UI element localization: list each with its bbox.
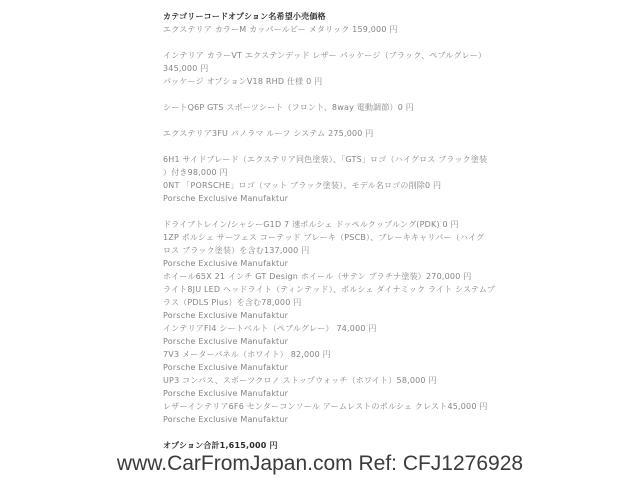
option-line: インテリア カラーVT エクステンデッド レザー パッケージ（ブラック、ペブルグ… bbox=[163, 49, 493, 62]
option-line: 1ZP ポルシェ サーフェス コーテッド ブレーキ（PSCB）、ブレーキキャリパ… bbox=[163, 231, 493, 244]
manufaktur-label: Porsche Exclusive Manufaktur bbox=[163, 309, 493, 322]
option-line: ホイール65X 21 インチ GT Design ホイール（サテン プラチナ塗装… bbox=[163, 270, 493, 283]
option-line-exterior-color: エクステリア カラーM カッパールビー メタリック 159,000 円 bbox=[163, 23, 493, 36]
option-group-roof: エクステリア3FU パノラマ ルーフ システム 275,000 円 bbox=[163, 127, 493, 140]
option-line: レザーインテリア6F6 センターコンソール アームレストのポルシェ クレスト45… bbox=[163, 400, 493, 413]
option-group-seats: シートQ6P GTS スポーツシート（フロント、8way 電動調節）0 円 bbox=[163, 101, 493, 114]
options-total-group: オプション合計1,615,000 円 bbox=[163, 439, 493, 452]
option-group-exterior-logos: 6H1 サイドブレード（エクステリア同色塗装）、「GTS」ロゴ（ハイグロス ブラ… bbox=[163, 153, 493, 205]
option-line-wrap: ロス ブラック塗装）を含む137,000 円 bbox=[163, 244, 493, 257]
carfromjapan-watermark: www.CarFromJapan.com Ref: CFJ1276928 bbox=[0, 452, 640, 476]
option-line: インテリアFI4 シートベルト（ペブルグレー） 74,000 円 bbox=[163, 322, 493, 335]
manufaktur-label: Porsche Exclusive Manufaktur bbox=[163, 335, 493, 348]
option-group-interior-package: インテリア カラーVT エクステンデッド レザー パッケージ（ブラック、ペブルグ… bbox=[163, 49, 493, 88]
manufaktur-label: Porsche Exclusive Manufaktur bbox=[163, 192, 493, 205]
options-total: オプション合計1,615,000 円 bbox=[163, 439, 493, 452]
option-line-price: 345,000 円 bbox=[163, 62, 493, 75]
manufaktur-label: Porsche Exclusive Manufaktur bbox=[163, 413, 493, 426]
manufaktur-label: Porsche Exclusive Manufaktur bbox=[163, 257, 493, 270]
option-line: シートQ6P GTS スポーツシート（フロント、8way 電動調節）0 円 bbox=[163, 101, 493, 114]
option-group-drivetrain-and-others: ドライブトレイン/シャシーG1D 7 速ポルシェ ドッペルクップルング(PDK)… bbox=[163, 218, 493, 426]
option-line: ライト8JU LED ヘッドライト（ティンテッド）、ポルシェ ダイナミック ライ… bbox=[163, 283, 493, 296]
option-line: UP3 コンパス、スポーツクロノ ストップウォッチ（ホワイト）58,000 円 bbox=[163, 374, 493, 387]
manufaktur-label: Porsche Exclusive Manufaktur bbox=[163, 361, 493, 374]
option-line-wrap: ラス（PDLS Plus）を含む78,000 円 bbox=[163, 296, 493, 309]
header-group: カテゴリーコードオプション名希望小売価格 エクステリア カラーM カッパールビー… bbox=[163, 10, 493, 36]
manufaktur-label: Porsche Exclusive Manufaktur bbox=[163, 387, 493, 400]
option-line: 6H1 サイドブレード（エクステリア同色塗装）、「GTS」ロゴ（ハイグロス ブラ… bbox=[163, 153, 493, 166]
options-price-list: カテゴリーコードオプション名希望小売価格 エクステリア カラーM カッパールビー… bbox=[163, 10, 493, 465]
option-line: 0NT 「PORSCHE」ロゴ（マット ブラック塗装）、モデル名ロゴの削除0 円 bbox=[163, 179, 493, 192]
option-line: 7V3 メーターパネル（ホワイト） 82,000 円 bbox=[163, 348, 493, 361]
option-line-wrap: ）付き98,000 円 bbox=[163, 166, 493, 179]
option-line: エクステリア3FU パノラマ ルーフ システム 275,000 円 bbox=[163, 127, 493, 140]
list-header: カテゴリーコードオプション名希望小売価格 bbox=[163, 10, 493, 23]
option-line: パッケージ オプションV18 RHD 仕様 0 円 bbox=[163, 75, 493, 88]
option-line: ドライブトレイン/シャシーG1D 7 速ポルシェ ドッペルクップルング(PDK)… bbox=[163, 218, 493, 231]
